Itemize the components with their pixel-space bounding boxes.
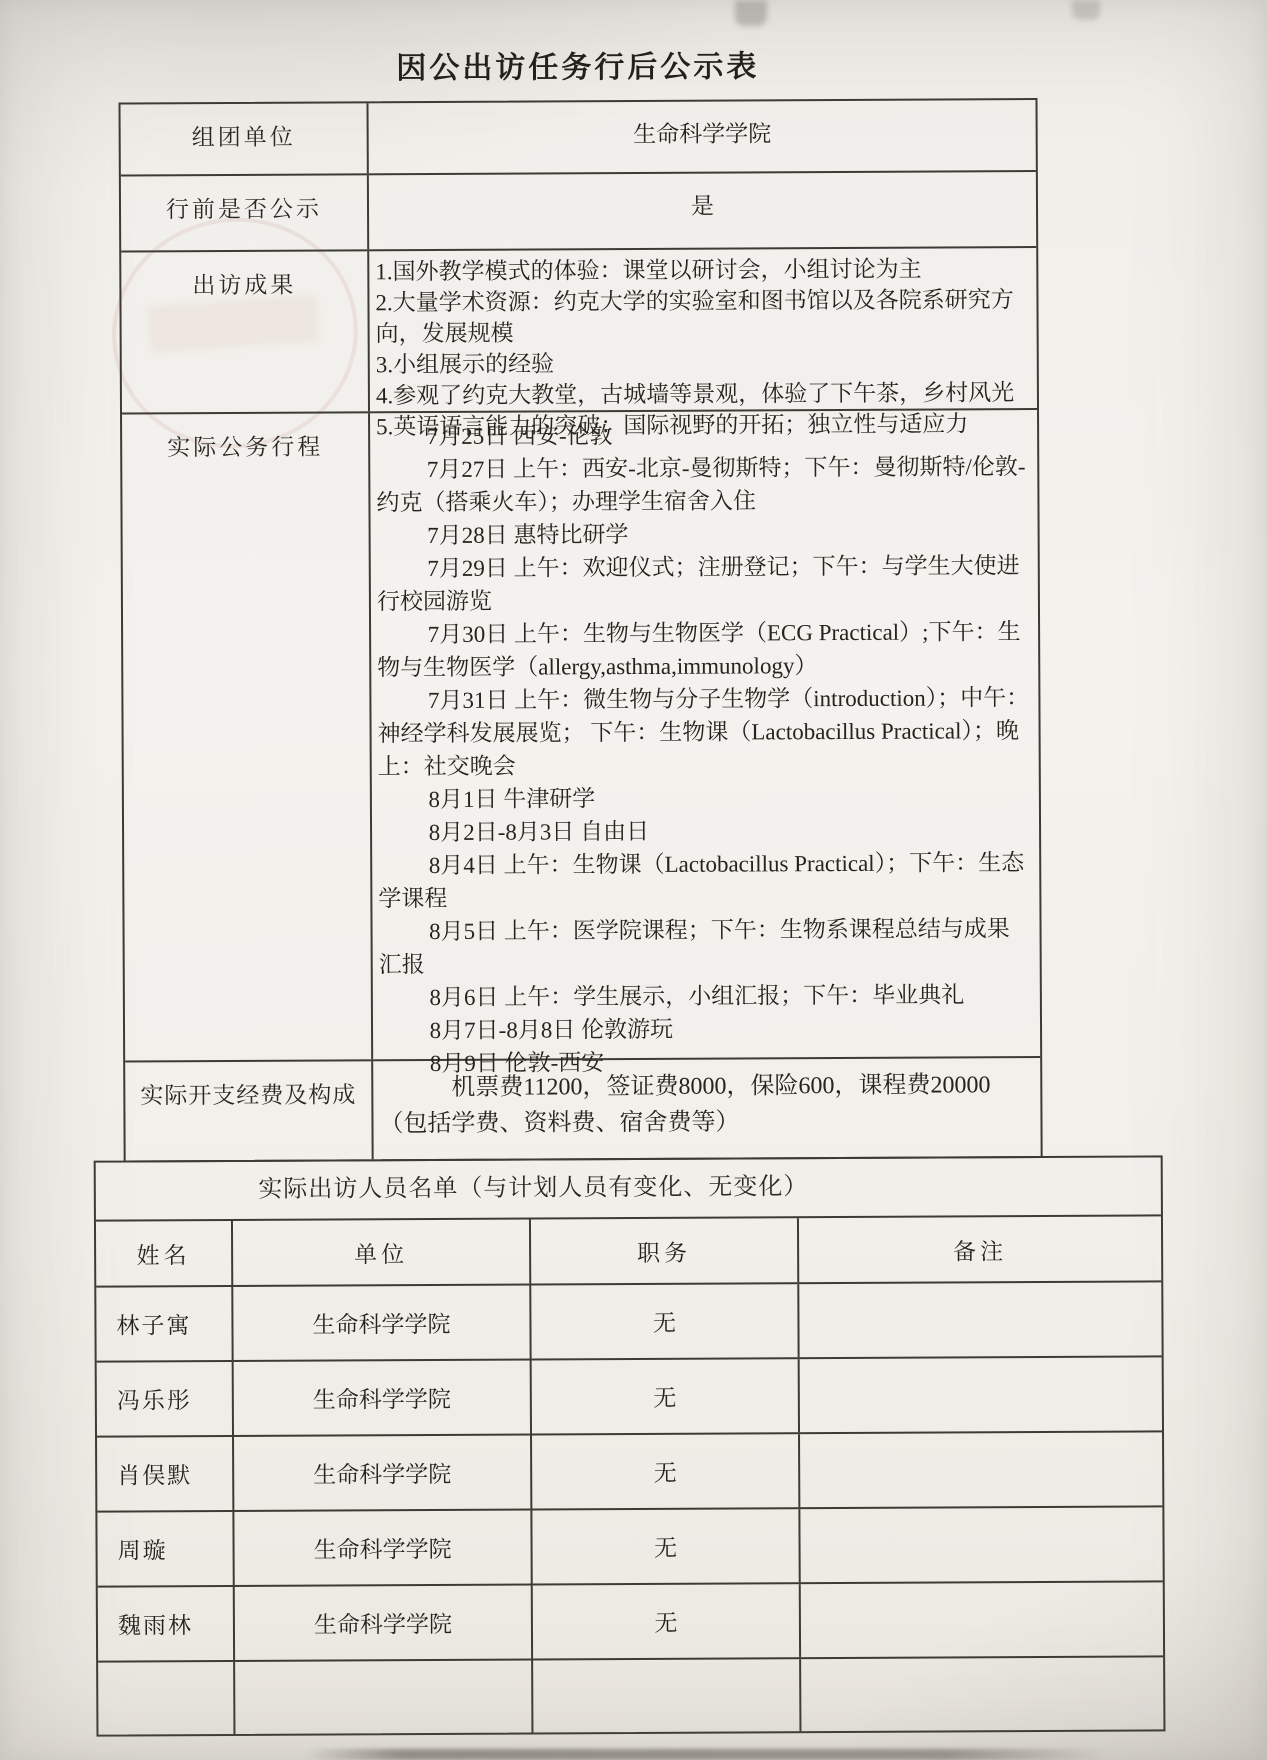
itinerary-label: 实际公务行程 xyxy=(122,413,373,1060)
result-line: 4.参观了约克大教堂，古城墙等景观，体验了下午茶，乡村风光 xyxy=(376,377,1029,411)
roster-section-title: 实际出访人员名单（与计划人员有变化、无变化） xyxy=(96,1157,1161,1219)
expense-value: 机票费11200，签证费8000，保险600，课程费20000（包括学费、资料费… xyxy=(373,1058,1040,1159)
pre-trip-label: 行前是否公示 xyxy=(121,175,369,250)
person-unit: 生命科学学院 xyxy=(232,1511,530,1585)
result-line: 3.小组展示的经验 xyxy=(376,346,1029,380)
person-name xyxy=(98,1662,233,1735)
roster-header-row: 姓名 单位 职务 备注 xyxy=(96,1214,1161,1285)
scan-smudge xyxy=(735,0,767,26)
person-note xyxy=(797,1282,1161,1357)
scanned-document-page: 因公出访任务行后公示表 组团单位 生命科学学院 行前是否公示 是 出访成果 1.… xyxy=(0,0,1267,1760)
page-title: 因公出访任务行后公示表 xyxy=(118,40,1037,88)
person-note xyxy=(798,1507,1162,1582)
main-form-table: 组团单位 生命科学学院 行前是否公示 是 出访成果 1.国外教学模式的体验：课堂… xyxy=(118,98,1042,1162)
itinerary-line: 7月25日 西安-伦敦 xyxy=(376,417,1029,453)
roster-row: 肖俣默 生命科学学院 无 xyxy=(97,1430,1162,1510)
itinerary-line: 8月2日-8月3日 自由日 xyxy=(378,813,1031,849)
scan-smudge xyxy=(1072,0,1100,20)
result-line: 2.大量学术资源：约克大学的实验室和图书馆以及各院系研究方向，发展规模 xyxy=(375,284,1028,349)
person-name: 林子寓 xyxy=(96,1287,231,1361)
roster-row: 冯乐彤 生命科学学院 无 xyxy=(97,1355,1162,1435)
roster-row: 周璇 生命科学学院 无 xyxy=(97,1505,1162,1585)
col-header-duty: 职务 xyxy=(529,1218,797,1283)
person-unit: 生命科学学院 xyxy=(232,1436,530,1510)
person-duty: 无 xyxy=(531,1584,799,1658)
col-header-name: 姓名 xyxy=(96,1221,231,1286)
person-unit xyxy=(233,1661,531,1734)
expense-label: 实际开支经费及构成 xyxy=(125,1061,373,1160)
roster-row: 林子寓 生命科学学院 无 xyxy=(96,1280,1161,1360)
person-name: 肖俣默 xyxy=(97,1437,232,1511)
person-duty xyxy=(531,1659,799,1732)
col-header-unit: 单位 xyxy=(231,1220,529,1285)
person-note xyxy=(799,1582,1163,1657)
person-duty: 无 xyxy=(529,1284,797,1358)
itinerary-line: 8月5日 上午：医学院课程；下午：生物系课程总结与成果汇报 xyxy=(378,912,1031,981)
itinerary-line: 8月7日-8月8日 伦敦游玩 xyxy=(379,1011,1032,1047)
roster-row: 魏雨林 生命科学学院 无 xyxy=(98,1580,1163,1660)
scan-edge-shadow xyxy=(305,1749,1105,1760)
row-trip-results: 出访成果 1.国外教学模式的体验：课堂以研讨会，小组讨论为主 2.大量学术资源：… xyxy=(121,246,1037,412)
row-expense: 实际开支经费及构成 机票费11200，签证费8000，保险600，课程费2000… xyxy=(125,1056,1040,1160)
itinerary-value: 7月25日 西安-伦敦 7月27日 上午：西安-北京-曼彻斯特；下午：曼彻斯特/… xyxy=(370,410,1040,1059)
person-duty: 无 xyxy=(530,1509,798,1583)
person-note xyxy=(799,1657,1163,1731)
person-unit: 生命科学学院 xyxy=(233,1586,531,1660)
itinerary-line: 8月1日 牛津研学 xyxy=(378,780,1031,816)
roster-empty-row xyxy=(98,1655,1163,1734)
trip-results-label: 出访成果 xyxy=(121,251,370,412)
roster-table: 实际出访人员名单（与计划人员有变化、无变化） 姓名 单位 职务 备注 林子寓 生… xyxy=(94,1155,1166,1736)
person-unit: 生命科学学院 xyxy=(231,1286,529,1360)
itinerary-line: 8月6日 上午：学生展示，小组汇报；下午：毕业典礼 xyxy=(379,978,1032,1014)
pre-trip-value: 是 xyxy=(369,172,1036,249)
person-note xyxy=(798,1357,1162,1432)
row-group-unit: 组团单位 生命科学学院 xyxy=(121,100,1036,174)
itinerary-line: 7月29日 上午：欢迎仪式；注册登记；下午：与学生大使进行校园游览 xyxy=(377,549,1030,618)
person-name: 冯乐彤 xyxy=(97,1362,232,1436)
group-unit-label: 组团单位 xyxy=(121,103,369,174)
result-line: 1.国外教学模式的体验：课堂以研讨会，小组讨论为主 xyxy=(375,253,1028,287)
person-duty: 无 xyxy=(530,1434,798,1508)
person-name: 魏雨林 xyxy=(98,1587,233,1661)
person-name: 周璇 xyxy=(97,1512,232,1586)
expense-text: 机票费11200，签证费8000，保险600，课程费20000（包括学费、资料费… xyxy=(379,1067,1030,1142)
group-unit-value: 生命科学学院 xyxy=(369,100,1036,173)
form-content: 因公出访任务行后公示表 组团单位 生命科学学院 行前是否公示 是 出访成果 1.… xyxy=(0,0,1267,1760)
row-pre-trip-publicity: 行前是否公示 是 xyxy=(121,170,1036,250)
person-unit: 生命科学学院 xyxy=(232,1361,530,1435)
itinerary-line: 7月27日 上午：西安-北京-曼彻斯特；下午：曼彻斯特/伦敦-约克（搭乘火车）；… xyxy=(376,450,1029,519)
row-itinerary: 实际公务行程 7月25日 西安-伦敦 7月27日 上午：西安-北京-曼彻斯特；下… xyxy=(122,408,1040,1060)
person-note xyxy=(798,1432,1162,1507)
trip-results-value: 1.国外教学模式的体验：课堂以研讨会，小组讨论为主 2.大量学术资源：约克大学的… xyxy=(369,248,1037,411)
itinerary-line: 7月30日 上午：生物与生物医学（ECG Practical）;下午：生物与生物… xyxy=(377,615,1030,684)
itinerary-line: 8月4日 上午：生物课（Lactobacillus Practical）；下午：… xyxy=(378,846,1031,915)
itinerary-line: 7月31日 上午：微生物与分子生物学（introduction）；中午：神经学科… xyxy=(377,681,1030,783)
col-header-note: 备注 xyxy=(797,1216,1161,1282)
itinerary-line: 7月28日 惠特比研学 xyxy=(377,516,1030,552)
person-duty: 无 xyxy=(530,1359,798,1433)
